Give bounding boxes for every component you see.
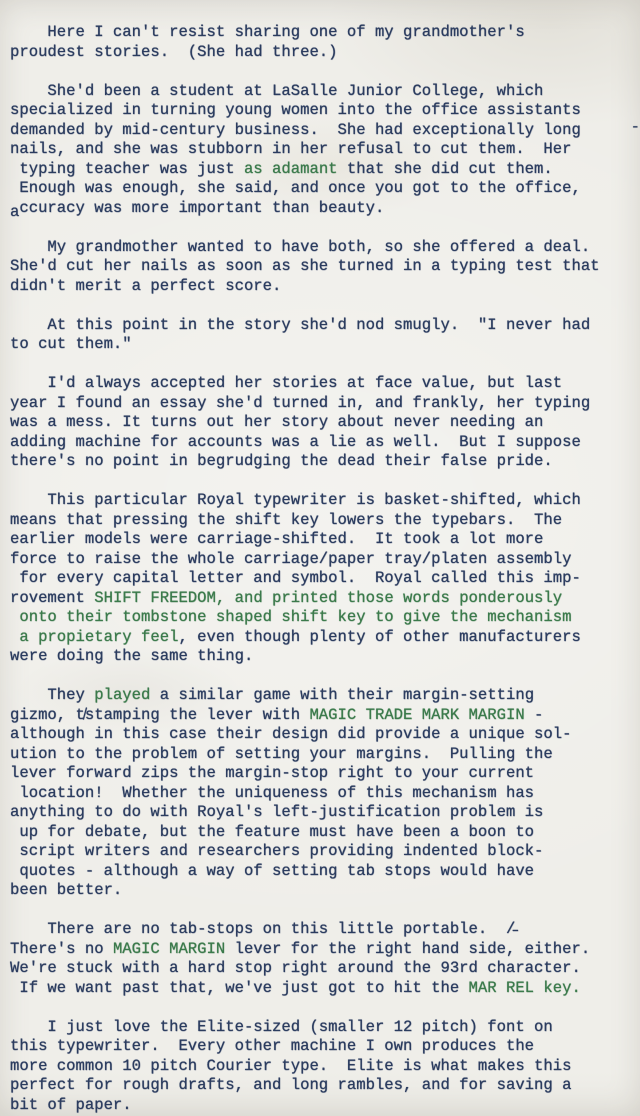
text-segment: We're stuck with a hard stop right aroun… bbox=[10, 959, 581, 977]
typewritten-page: - Here I can't resist sharing one of my … bbox=[0, 0, 640, 1116]
text-line: to cut them." bbox=[10, 335, 634, 355]
paragraph: This particular Royal typewriter is bask… bbox=[10, 491, 634, 667]
text-line: demanded by mid-century business. She ha… bbox=[10, 121, 634, 141]
scan-edge-mark: - bbox=[631, 118, 640, 138]
text-segment: She'd cut her nails as soon as she turne… bbox=[10, 257, 600, 275]
text-segment: - bbox=[525, 706, 544, 724]
text-segment: anything to do with Royal's left-justifi… bbox=[10, 803, 543, 821]
paragraph: My grandmother wanted to have both, so s… bbox=[10, 238, 634, 297]
green-ink-text: a propietary feel bbox=[10, 628, 178, 646]
text-line: If we want past that, we've just got to … bbox=[10, 979, 634, 999]
text-segment: this typewriter. Every other machine I o… bbox=[10, 1037, 534, 1055]
typewritten-text: Here I can't resist sharing one of my gr… bbox=[10, 23, 634, 1115]
text-segment: perfect for rough drafts, and long rambl… bbox=[10, 1076, 571, 1094]
text-segment: They bbox=[10, 686, 94, 704]
text-segment: been better. bbox=[10, 881, 122, 899]
text-line: gizmo, t̸stamping the lever with MAGIC T… bbox=[10, 706, 634, 726]
text-line: although in this case their design did p… bbox=[10, 725, 634, 745]
text-line: anything to do with Royal's left-justifi… bbox=[10, 803, 634, 823]
text-line: accuracy was more important than beauty. bbox=[10, 199, 634, 219]
green-ink-text: as adamant bbox=[244, 160, 338, 178]
text-segment: more common 10 pitch Courier type. Elite… bbox=[10, 1057, 571, 1075]
text-segment: didn't merit a perfect score. bbox=[10, 277, 281, 295]
text-segment: quotes - although a way of setting tab s… bbox=[10, 862, 534, 880]
paragraph: Here I can't resist sharing one of my gr… bbox=[10, 23, 634, 62]
text-line: My grandmother wanted to have both, so s… bbox=[10, 238, 634, 258]
text-segment: year I found an essay she'd turned in, a… bbox=[10, 394, 590, 412]
text-line: script writers and researchers providing… bbox=[10, 842, 634, 862]
text-segment: although in this case their design did p… bbox=[10, 725, 571, 743]
text-line: This particular Royal typewriter is bask… bbox=[10, 491, 634, 511]
paragraph: She'd been a student at LaSalle Junior C… bbox=[10, 82, 634, 219]
paragraph: I'd always accepted her stories at face … bbox=[10, 374, 634, 472]
text-line: Here I can't resist sharing one of my gr… bbox=[10, 23, 634, 43]
text-line: adding machine for accounts was a lie as… bbox=[10, 433, 634, 453]
text-line: year I found an essay she'd turned in, a… bbox=[10, 394, 634, 414]
text-segment: were doing the same thing. bbox=[10, 647, 253, 665]
text-segment: I'd always accepted her stories at face … bbox=[10, 374, 562, 392]
text-line: They played a similar game with their ma… bbox=[10, 686, 634, 706]
text-segment: proudest stories. (She had three.) bbox=[10, 43, 338, 61]
text-segment: bit of paper. bbox=[10, 1096, 132, 1114]
text-line: up for debate, but the feature must have… bbox=[10, 823, 634, 843]
text-segment: means that pressing the shift key lowers… bbox=[10, 511, 562, 529]
text-line: typing teacher was just as adamant that … bbox=[10, 160, 634, 180]
text-segment: a similar game with their margin-setting bbox=[150, 686, 534, 704]
text-segment: rovement bbox=[10, 589, 94, 607]
text-segment: script writers and researchers providing… bbox=[10, 842, 543, 860]
text-line: proudest stories. (She had three.) bbox=[10, 43, 634, 63]
text-line: this typewriter. Every other machine I o… bbox=[10, 1037, 634, 1057]
green-ink-text: SHIFT FREEDOM, and printed those words p… bbox=[94, 589, 562, 607]
text-segment: gizmo, t̸stamping the lever with bbox=[10, 706, 309, 724]
paragraph: I just love the Elite-sized (smaller 12 … bbox=[10, 1018, 634, 1116]
text-line: was a mess. It turns out her story about… bbox=[10, 413, 634, 433]
text-segment: earlier models were carriage-shifted. It… bbox=[10, 530, 543, 548]
text-segment: force to raise the whole carriage/paper … bbox=[10, 550, 571, 568]
text-line: rovement SHIFT FREEDOM, and printed thos… bbox=[10, 589, 634, 609]
text-line: been better. bbox=[10, 881, 634, 901]
text-line: force to raise the whole carriage/paper … bbox=[10, 550, 634, 570]
text-line: I'd always accepted her stories at face … bbox=[10, 374, 634, 394]
text-segment: If we want past that, we've just got to … bbox=[10, 979, 469, 997]
text-segment: Enough was enough, she said, and once yo… bbox=[10, 179, 581, 197]
text-segment: lever for the right hand side, either. bbox=[225, 940, 590, 958]
green-ink-text: MAGIC MARGIN bbox=[113, 940, 225, 958]
text-segment: There's no bbox=[10, 940, 113, 958]
text-segment: to cut them." bbox=[10, 335, 132, 353]
text-segment: location! Whether the uniqueness of this… bbox=[10, 784, 534, 802]
text-segment: lever forward zips the margin-stop right… bbox=[10, 764, 534, 782]
text-line: bit of paper. bbox=[10, 1096, 634, 1116]
text-segment: This particular Royal typewriter is bask… bbox=[10, 491, 581, 509]
green-ink-text: MAR REL key. bbox=[469, 979, 581, 997]
text-line: We're stuck with a hard stop right aroun… bbox=[10, 959, 634, 979]
text-line: didn't merit a perfect score. bbox=[10, 277, 634, 297]
text-line: a propietary feel, even though plenty of… bbox=[10, 628, 634, 648]
text-segment: My grandmother wanted to have both, so s… bbox=[10, 238, 590, 256]
text-line: There's no MAGIC MARGIN lever for the ri… bbox=[10, 940, 634, 960]
text-line: nails, and she was stubborn in her refus… bbox=[10, 140, 634, 160]
text-line: lever forward zips the margin-stop right… bbox=[10, 764, 634, 784]
text-segment: ution to the problem of setting your mar… bbox=[10, 745, 553, 763]
text-line: specialized in turning young women into … bbox=[10, 101, 634, 121]
text-segment: that she did cut them. bbox=[338, 160, 553, 178]
text-segment: There are no tab-stops on this little po… bbox=[10, 920, 515, 938]
text-line: She'd been a student at LaSalle Junior C… bbox=[10, 82, 634, 102]
text-segment: typing teacher was just bbox=[10, 160, 244, 178]
text-segment: there's no point in begrudging the dead … bbox=[10, 452, 553, 470]
paragraph: They played a similar game with their ma… bbox=[10, 686, 634, 901]
text-line: ution to the problem of setting your mar… bbox=[10, 745, 634, 765]
text-segment: Here I can't resist sharing one of my gr… bbox=[10, 23, 525, 41]
text-segment: was a mess. It turns out her story about… bbox=[10, 413, 543, 431]
green-ink-text: MAGIC TRADE MARK MARGIN bbox=[309, 706, 524, 724]
text-line: At this point in the story she'd nod smu… bbox=[10, 316, 634, 336]
paragraph: At this point in the story she'd nod smu… bbox=[10, 316, 634, 355]
text-segment: ccuracy was more important than beauty. bbox=[19, 199, 384, 217]
text-segment: nails, and she was stubborn in her refus… bbox=[10, 140, 571, 158]
text-line: Enough was enough, she said, and once yo… bbox=[10, 179, 634, 199]
text-segment: up for debate, but the feature must have… bbox=[10, 823, 534, 841]
text-line: There are no tab-stops on this little po… bbox=[10, 920, 634, 940]
text-line: quotes - although a way of setting tab s… bbox=[10, 862, 634, 882]
text-segment: adding machine for accounts was a lie as… bbox=[10, 433, 581, 451]
text-line: I just love the Elite-sized (smaller 12 … bbox=[10, 1018, 634, 1038]
text-segment: She'd been a student at LaSalle Junior C… bbox=[10, 82, 543, 100]
text-segment: for every capital letter and symbol. Roy… bbox=[10, 569, 581, 587]
text-segment: I just love the Elite-sized (smaller 12 … bbox=[10, 1018, 553, 1036]
text-line: onto their tombstone shaped shift key to… bbox=[10, 608, 634, 628]
text-line: She'd cut her nails as soon as she turne… bbox=[10, 257, 634, 277]
text-segment: , even though plenty of other manufactur… bbox=[178, 628, 580, 646]
text-line: perfect for rough drafts, and long rambl… bbox=[10, 1076, 634, 1096]
text-segment: specialized in turning young women into … bbox=[10, 101, 581, 119]
text-line: there's no point in begrudging the dead … bbox=[10, 452, 634, 472]
text-line: earlier models were carriage-shifted. It… bbox=[10, 530, 634, 550]
green-ink-text: onto their tombstone shaped shift key to… bbox=[10, 608, 571, 626]
paragraph: There are no tab-stops on this little po… bbox=[10, 920, 634, 998]
text-segment: At this point in the story she'd nod smu… bbox=[10, 316, 590, 334]
text-line: more common 10 pitch Courier type. Elite… bbox=[10, 1057, 634, 1077]
dropped-letter: a bbox=[10, 203, 19, 223]
text-line: for every capital letter and symbol. Roy… bbox=[10, 569, 634, 589]
text-line: were doing the same thing. bbox=[10, 647, 634, 667]
text-segment: demanded by mid-century business. She ha… bbox=[10, 121, 581, 139]
text-line: means that pressing the shift key lowers… bbox=[10, 511, 634, 531]
text-line: location! Whether the uniqueness of this… bbox=[10, 784, 634, 804]
green-ink-text: played bbox=[94, 686, 150, 704]
